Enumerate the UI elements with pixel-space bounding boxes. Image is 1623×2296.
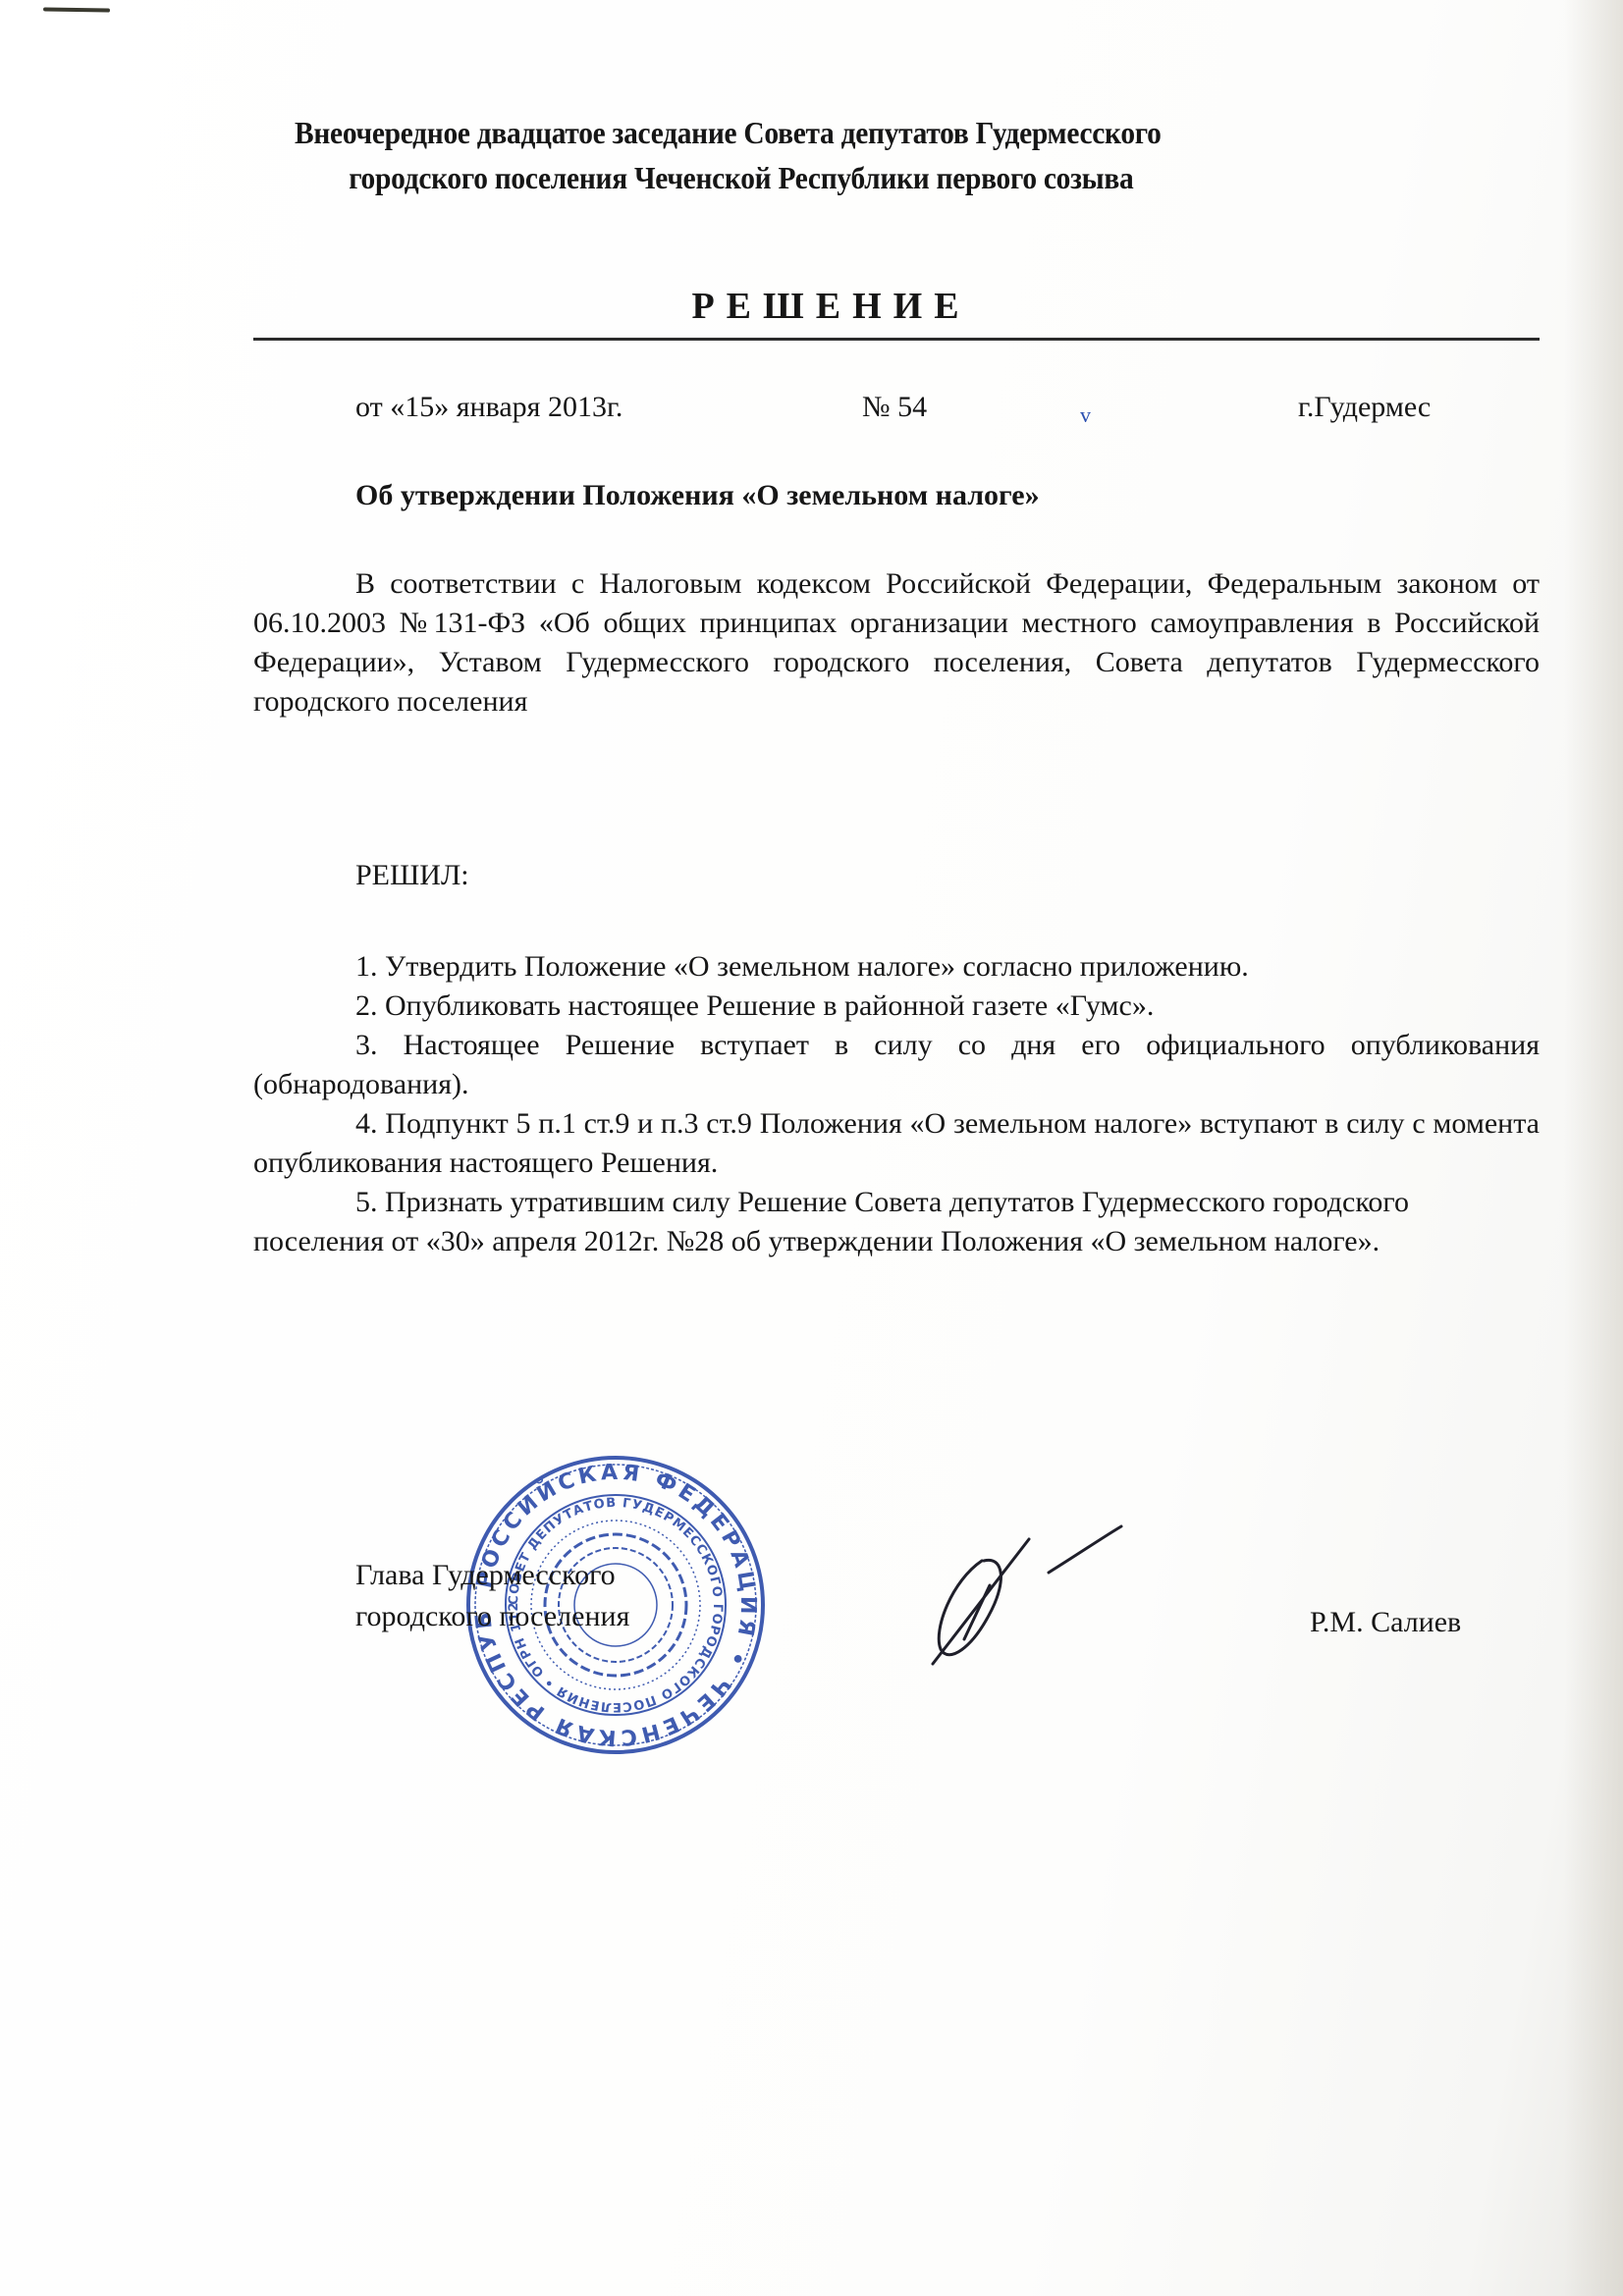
document-title: РЕШЕНИЕ [0, 285, 1623, 328]
signatory-position-line-1: Глава Гудермесского [355, 1555, 629, 1596]
preamble-paragraph: В соответствии с Налоговым кодексом Росс… [253, 564, 1540, 721]
document-page: Внеочередное двадцатое заседание Совета … [0, 0, 1623, 2296]
title-divider [253, 338, 1540, 341]
resolution-item: 1. Утвердить Положение «О земельном нало… [253, 947, 1540, 987]
signatory-name: Р.М. Салиев [1310, 1606, 1461, 1639]
decision-city: г.Гудермес [1298, 391, 1431, 424]
document-header: Внеочередное двадцатое заседание Совета … [295, 110, 1433, 200]
resolved-label: РЕШИЛ: [355, 859, 469, 892]
handwritten-check-mark: v [1080, 402, 1091, 428]
handwritten-signature-icon [913, 1502, 1168, 1679]
resolution-item: 5. Признать утратившим силу Решение Сове… [253, 1183, 1540, 1261]
resolution-item: 3. Настоящее Решение вступает в силу со … [253, 1026, 1540, 1104]
decision-subject: Об утверждении Положения «О земельном на… [355, 479, 1040, 512]
resolution-items: 1. Утвердить Положение «О земельном нало… [253, 947, 1540, 1261]
decision-number: № 54 [862, 391, 927, 424]
header-line-2: городского поселения Чеченской Республик… [295, 155, 1433, 200]
page-edge-shadow [1564, 0, 1623, 2296]
signatory-position-line-2: городского поселения [355, 1596, 629, 1637]
resolution-item: 2. Опубликовать настоящее Решение в райо… [253, 987, 1540, 1026]
decision-date: от «15» января 2013г. [355, 391, 622, 424]
staple-mark [43, 7, 110, 12]
resolution-item: 4. Подпункт 5 п.1 ст.9 и п.3 ст.9 Положе… [253, 1104, 1540, 1183]
header-line-1: Внеочередное двадцатое заседание Совета … [295, 110, 1523, 155]
signatory-position: Глава Гудермесского городского поселения [355, 1555, 629, 1637]
